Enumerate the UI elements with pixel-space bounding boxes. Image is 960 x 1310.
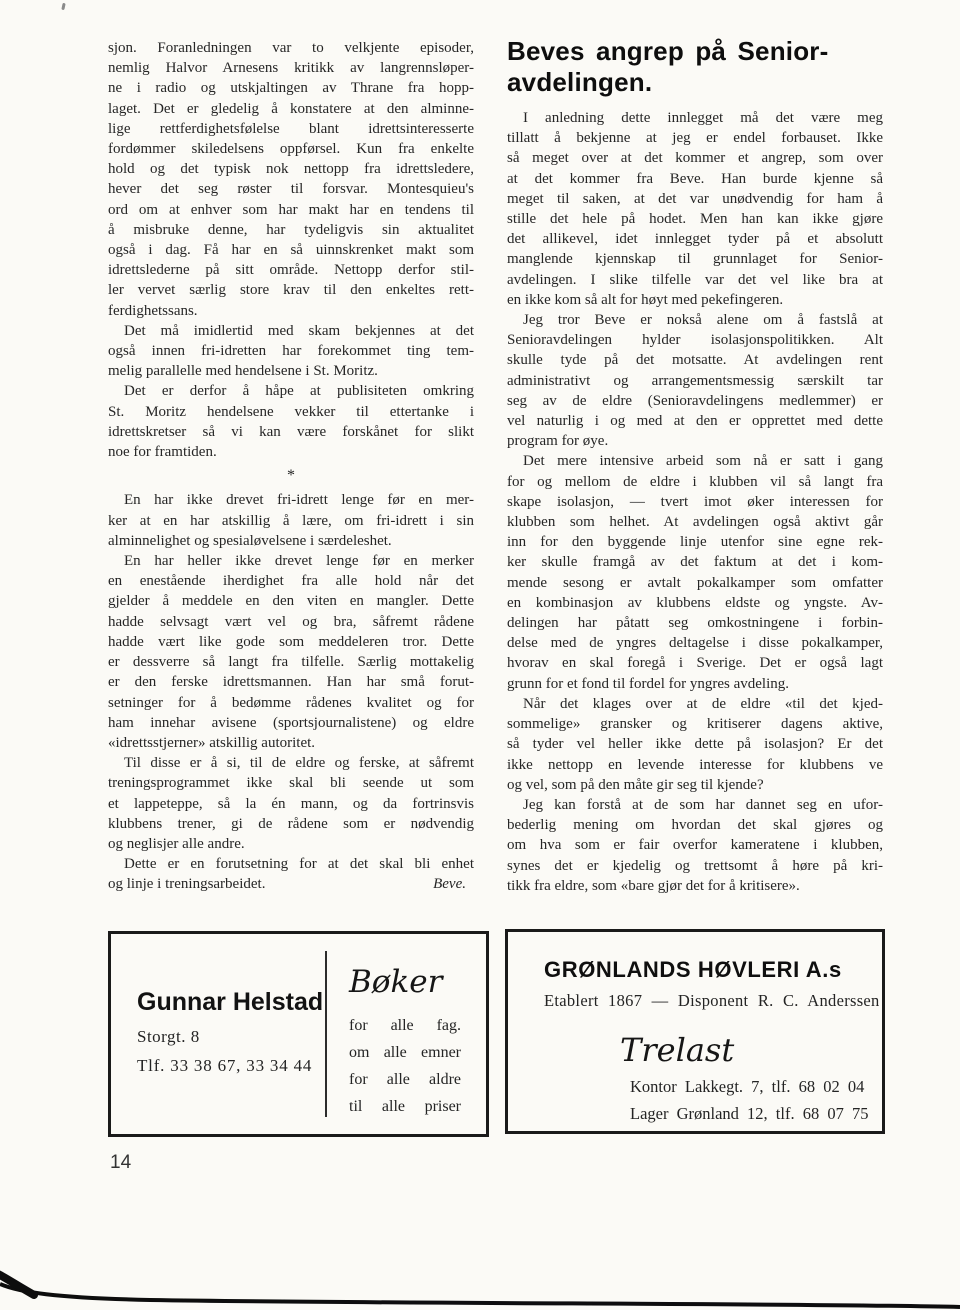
ad-books-line: for alle aldre [349, 1066, 461, 1093]
text-line: St. Moritz hendelsene vekker til etterta… [108, 402, 474, 422]
text-line: idrettslederne på sitt område. Nettopp d… [108, 260, 474, 280]
text-line: tillatt å bekjenne at jeg er endel forba… [507, 128, 883, 148]
paragraph: Dette er en forutsetning for at det skal… [108, 854, 474, 894]
text-line: nemlig Halvor Arnesens kritikk av langre… [108, 58, 474, 78]
ad-gunnar-helstad: Gunnar Helstad Storgt. 8 Tlf. 33 38 67, … [108, 931, 489, 1137]
text-line: seg av de eldre (Senioravdelingens medle… [507, 391, 883, 411]
text-line: meget til saken, at det var unødvendig f… [507, 189, 883, 209]
text-line: ferdighetssans. [108, 301, 474, 321]
paragraph: Jeg kan forstå at de som har dannet seg … [507, 795, 883, 896]
paragraph: En har ikke drevet fri-idrett lenge før … [108, 490, 474, 551]
ad-business-info: Gunnar Helstad Storgt. 8 Tlf. 33 38 67, … [137, 988, 323, 1076]
text-line: En har heller ikke drevet lenge før en m… [108, 551, 474, 571]
text-line: program for øye. [507, 431, 883, 451]
paragraph: En har heller ikke drevet lenge før en m… [108, 551, 474, 753]
paragraph: Til disse er å si, til de eldre og fersk… [108, 753, 474, 854]
ad-gronlands-hovleri: GRØNLANDS HØVLERI A.s Etablert 1867 — Di… [505, 929, 885, 1134]
text-line: synes det er kjedelig og trettsomt å hør… [507, 856, 883, 876]
ad-books-lines: for alle fag.om alle emnerfor alle aldre… [349, 1012, 461, 1120]
text-line: delingen har påtatt seg omkostningene i … [507, 613, 883, 633]
scan-edge-artifact [0, 1252, 960, 1310]
text-line: hadde vært like gode som meddeleren tror… [108, 632, 474, 652]
text-line: vel naturlig i og med at den er opprette… [507, 411, 883, 431]
text-line: ker skulle framgå av det faktum at det i… [507, 552, 883, 572]
text-line: hever det seg røster til forsvar. Montes… [108, 179, 474, 199]
text-line: hvorav en skal foregå i Sverige. Det er … [507, 653, 883, 673]
text-line: skulle tyde på det motsatte. At avdeling… [507, 350, 883, 370]
text-line: idrettskretser så vi kan være forskånet … [108, 422, 474, 442]
text-line: også innen fri-idretten har forekommet t… [108, 341, 474, 361]
text-line: er dessverre så langt fra tilfelle. Særl… [108, 652, 474, 672]
text-line: avdelingen. I slike tilfelle var det vel… [507, 270, 883, 290]
text-line: at det kommer fra Beve. Han burde kjenne… [507, 169, 883, 189]
ad-phone: Tlf. 33 38 67, 33 34 44 [137, 1056, 323, 1076]
ad-divider-line [325, 951, 327, 1117]
text-line: og linje i treningsarbeidet. [108, 874, 265, 894]
text-line: bederlig mening om hvordan det skal gjør… [507, 815, 883, 835]
text-line: laget. Det er gledelig å konstatere at d… [108, 99, 474, 119]
text-line: Jeg kan forstå at de som har dannet seg … [507, 795, 883, 815]
ad-books-line: om alle emner [349, 1039, 461, 1066]
article-headline: Beves angrep på Senior- avdelingen. [507, 36, 883, 98]
text-line: sommelige» gransker og kritiserer dagens… [507, 714, 883, 734]
text-line: ne i radio og utskjaltingen av Thrane fr… [108, 78, 474, 98]
text-line: om hva som er fair overfor kameratene i … [507, 835, 883, 855]
text-line: en ikke kom så alt for høyt med pekefing… [507, 290, 883, 310]
text-line: en enestående iherdighet fra alle hold n… [108, 571, 474, 591]
paragraph: sjon. Foranledningen var to velkjente ep… [108, 38, 474, 321]
ad-business-name: Gunnar Helstad [137, 988, 323, 1017]
text-line: stille det hele på hodet. Men han kan ik… [507, 209, 883, 229]
text-line: I anledning dette innlegget må det være … [507, 108, 883, 128]
text-line: Til disse er å si, til de eldre og fersk… [108, 753, 474, 773]
ad-company-name: GRØNLANDS HØVLERI A.s [544, 957, 882, 983]
headline-line-1: Beves angrep på Senior- [507, 36, 883, 67]
text-line: så tyder vel heller ikke dette på isolas… [507, 734, 883, 754]
text-line: ikke nettopp en levende interesse for kl… [507, 755, 883, 775]
text-line: hadde selvsagt vært vel og bra, såfremt … [108, 612, 474, 632]
text-line: klubbens trener, gi de rådene som er nød… [108, 814, 474, 834]
paragraph: Jeg tror Beve er nokså alene om å fastsl… [507, 310, 883, 451]
text-line: manglende kjennskap til grunnlaget for S… [507, 249, 883, 269]
text-line: «idrettsstjerner» atskillig autoritet. [108, 733, 474, 753]
text-line: og vel, som på den måte gir seg til kjen… [507, 775, 883, 795]
ad-established-line: Etablert 1867 — Disponent R. C. Andersse… [544, 991, 882, 1011]
text-line: alminnelighet og spesialøvelsene i særde… [108, 531, 474, 551]
article-column-right: Beves angrep på Senior- avdelingen. I an… [507, 36, 883, 896]
text-line: Dette er en forutsetning for at det skal… [108, 854, 474, 874]
text-line: treningsprogrammet ikke skal bli seende … [108, 773, 474, 793]
text-line: ham innehar avisene (sportsjournalistene… [108, 713, 474, 733]
paragraph: Det mere intensive arbeid som nå er satt… [507, 451, 883, 693]
text-line: hold og det typisk nok nettopp fra idret… [108, 159, 474, 179]
article-body: I anledning dette innlegget må det være … [507, 108, 883, 896]
article-column-left: sjon. Foranledningen var to velkjente ep… [108, 38, 474, 895]
scanned-page: sjon. Foranledningen var to velkjente ep… [0, 0, 960, 1310]
text-line: en kombinasjon av klubbens eldste og yng… [507, 593, 883, 613]
text-line: grunn for et fond til fordel for yngres … [507, 674, 883, 694]
paragraph: Når det klages over at de eldre «til det… [507, 694, 883, 795]
text-line: ler vervet særlig store krav til den enk… [108, 280, 474, 300]
text-line: ord om at enhver som har makt har en ten… [108, 200, 474, 220]
text-line: så meget over at det kommer et angrep, s… [507, 148, 883, 168]
text-line: tikk fra eldre, som «bare gjør det for å… [507, 876, 883, 896]
paragraph: Det må imidlertid med skam bekjennes at … [108, 321, 474, 382]
paragraph: Det er derfor å håpe at publisiteten omk… [108, 381, 474, 462]
text-line: Senioravdelingen hylder isolasjonspoliti… [507, 330, 883, 350]
text-line: En har ikke drevet fri-idrett lenge før … [108, 490, 474, 510]
scan-speck [61, 3, 65, 10]
text-line: skape isolasjon, — tvert imot øker inter… [507, 492, 883, 512]
text-line: også i dag. Få har en så uinnskrenket ma… [108, 240, 474, 260]
text-line: setninger for å bedømme rådenes kvalitet… [108, 693, 474, 713]
text-line: et lappeteppe, så la én mann, og da fort… [108, 794, 474, 814]
text-line: ker at en har atskillig å lære, om fri-i… [108, 511, 474, 531]
text-line: administrativt og arrangementsmessig sær… [507, 371, 883, 391]
author-signature: Beve. [433, 874, 474, 894]
headline-line-2: avdelingen. [507, 67, 883, 98]
ad-books-line: til alle priser [349, 1093, 461, 1120]
text-line: Det mere intensive arbeid som nå er satt… [507, 451, 883, 471]
text-line: delse med de yngres deltagelse i disse p… [507, 633, 883, 653]
text-line: for og mellom de eldre i klubben vil så … [507, 472, 883, 492]
text-line: og neglisjer alle andre. [108, 834, 474, 854]
text-line: å misbruke denne, har tydeligvis sin akt… [108, 220, 474, 240]
ad-warehouse-line: Lager Grønland 12, tlf. 68 07 75 [630, 1100, 882, 1127]
text-line: Det er derfor å håpe at publisiteten omk… [108, 381, 474, 401]
text-line: noe for framtiden. [108, 442, 474, 462]
text-line: sjon. Foranledningen var to velkjente ep… [108, 38, 474, 58]
paragraph: I anledning dette innlegget må det være … [507, 108, 883, 310]
text-line: klubben som helhet. At avdelingen også a… [507, 512, 883, 532]
text-line: lige rettferdighetsfølelse blant idretts… [108, 119, 474, 139]
section-separator: * [108, 462, 474, 490]
text-line: er den ferske idrettsmannen. Han har små… [108, 672, 474, 692]
ad-books-line: for alle fag. [349, 1012, 461, 1039]
text-line: mende sesong er avtalt pokalkamper som o… [507, 573, 883, 593]
ad-books-title: Bøker [349, 964, 461, 1000]
text-line: fordømmer skiledelsens oppførsel. Kun fr… [108, 139, 474, 159]
ad-office-line: Kontor Lakkegt. 7, tlf. 68 02 04 [630, 1073, 882, 1100]
text-line: gjelder å meddele en den viten en mangle… [108, 591, 474, 611]
page-number: 14 [110, 1152, 131, 1174]
text-line: Det må imidlertid med skam bekjennes at … [108, 321, 474, 341]
ad-books-section: Bøker for alle fag.om alle emnerfor alle… [349, 964, 461, 1120]
text-line: det allikevel, idet innlegget tyder på e… [507, 229, 883, 249]
text-line: og linje i treningsarbeidet.Beve. [108, 874, 474, 894]
text-line: Når det klages over at de eldre «til det… [507, 694, 883, 714]
ad-product-name: Trelast [620, 1031, 882, 1069]
ad-address: Storgt. 8 [137, 1027, 323, 1047]
text-line: Jeg tror Beve er nokså alene om å fastsl… [507, 310, 883, 330]
text-line: inn for den byggende linje utenfor sine … [507, 532, 883, 552]
text-line: melig parallelle med hendelsene i St. Mo… [108, 361, 474, 381]
